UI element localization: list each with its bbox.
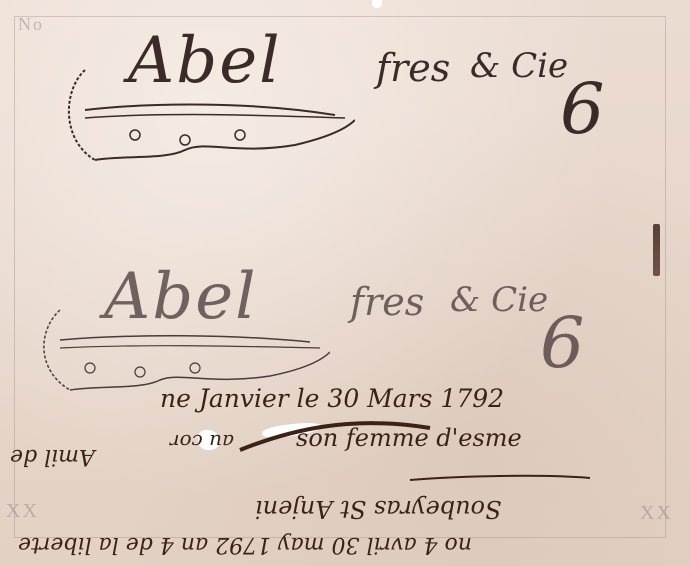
stamp-number: 6: [540, 302, 585, 384]
corner-mark-bottom-right: XX: [640, 502, 673, 525]
corner-mark-bottom-left: XX: [6, 500, 39, 523]
stamp-title: fres: [376, 46, 450, 90]
stamp-suffix: & Cie: [450, 280, 548, 320]
abel-stamp-middle: Abel fres & Cie 6: [0, 230, 690, 400]
stamp-flourish: [55, 60, 355, 170]
abel-stamp-top: Abel fres & Cie 6: [0, 0, 690, 200]
handwriting-date-line: ne Janvier le 30 Mars 1792: [160, 384, 504, 413]
stamp-title: fres: [350, 280, 424, 324]
document-paper: No XX XX Abel fres & Cie 6 Abel fres & C…: [0, 0, 690, 566]
stamp-suffix: & Cie: [470, 46, 568, 86]
handwriting-signature-line: son femme d'esme: [296, 424, 522, 452]
stamp-number: 6: [560, 68, 605, 150]
ink-mark-right-edge: [653, 224, 660, 276]
handwriting-upside-left-2: Amil de: [10, 444, 95, 469]
handwriting-upside-signature: Soubeyras St Anjeni: [255, 495, 501, 523]
handwriting-upside-left-1: au cor: [170, 430, 234, 454]
handwriting-upside-bottom-line: no 4 avril 30 may 1792 an 4 de la libert…: [18, 532, 472, 557]
underline-stroke: [400, 468, 600, 488]
